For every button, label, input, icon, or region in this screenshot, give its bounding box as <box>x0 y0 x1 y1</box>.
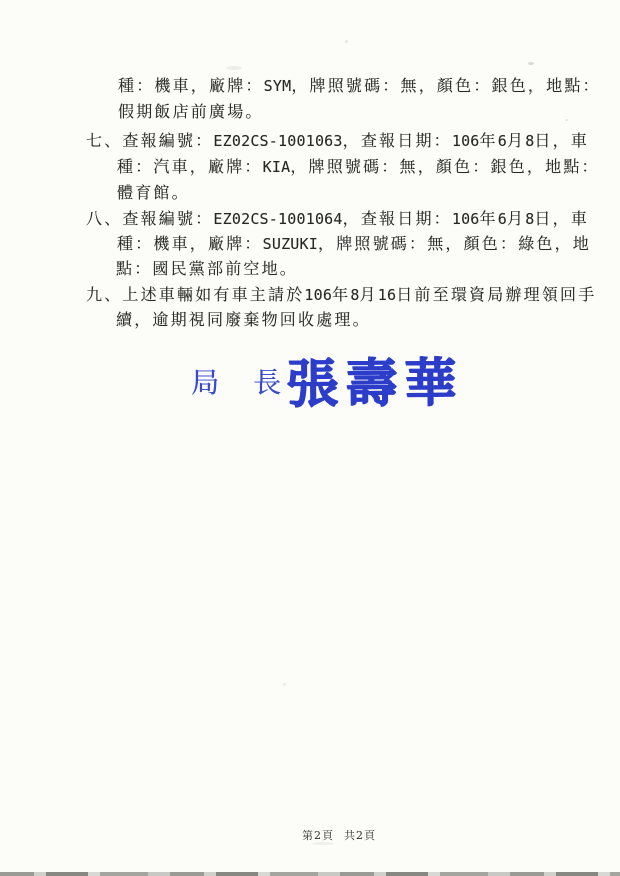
text-segment: 106 <box>452 210 480 228</box>
text-segment: 日，車 <box>534 209 589 228</box>
document-line-8: 點：國民黨部前空地。 <box>116 259 298 279</box>
document-line-9: 九、上述車輛如有車主請於106年8月16日前至環資局辦理領回手 <box>86 285 596 305</box>
text-segment: 點：國民黨部前空地。 <box>116 259 298 278</box>
scan-speck <box>528 62 534 65</box>
text-segment: EZ02CS-1001063 <box>213 132 342 150</box>
text-segment: 月 <box>507 209 525 228</box>
scan-speck <box>565 119 568 121</box>
text-segment: 假期飯店前廣場。 <box>118 102 264 121</box>
text-segment: 16 <box>378 286 396 304</box>
text-segment: 七、查報編號： <box>86 131 213 150</box>
text-segment: EZ02CS-1001064 <box>213 210 342 228</box>
text-segment: ，查報日期： <box>343 131 452 150</box>
scan-edge-artifact <box>0 872 620 876</box>
text-segment: 年 <box>332 285 350 304</box>
text-segment: 8 <box>350 286 359 304</box>
text-segment: ，牌照號碼：無，顏色：綠色，地 <box>318 234 591 253</box>
text-segment: KIA <box>263 158 291 176</box>
text-segment: ，牌照號碼：無，顏色：銀色，地點： <box>291 76 600 95</box>
document-line-6: 八、查報編號：EZ02CS-1001064，查報日期：106年6月8日，車 <box>86 209 589 229</box>
director-signature-name: 張壽華 <box>286 340 464 417</box>
text-segment: 年 <box>480 209 498 228</box>
text-segment: ，牌照號碼：無，顏色：銀色，地點： <box>290 157 599 176</box>
text-segment: 日前至環資局辦理領回手 <box>396 285 596 304</box>
document-line-3: 七、查報編號：EZ02CS-1001063，查報日期：106年6月8日，車 <box>86 131 589 151</box>
text-segment: 種：機車，廠牌： <box>117 234 263 253</box>
scanned-document-page: 種：機車，廠牌：SYM，牌照號碼：無，顏色：銀色，地點： 假期飯店前廣場。 七、… <box>0 0 620 876</box>
scan-speck <box>312 842 334 845</box>
text-segment: 續，逾期視同廢棄物回收處理。 <box>116 310 371 329</box>
document-line-1: 種：機車，廠牌：SYM，牌照號碼：無，顏色：銀色，地點： <box>118 76 601 96</box>
document-line-5: 體育館。 <box>117 183 190 203</box>
text-segment: 年 <box>480 131 498 150</box>
total-pages-label: 共2頁 <box>344 829 376 842</box>
document-line-10: 續，逾期視同廢棄物回收處理。 <box>116 310 371 330</box>
scan-speck <box>226 66 242 70</box>
text-segment: 九、上述車輛如有車主請於 <box>86 285 304 304</box>
text-segment: 體育館。 <box>117 183 190 202</box>
document-line-7: 種：機車，廠牌：SUZUKI，牌照號碼：無，顏色：綠色，地 <box>117 234 591 254</box>
text-segment: 日，車 <box>534 131 589 150</box>
text-segment: 種：機車，廠牌： <box>118 76 264 95</box>
text-segment: 6 <box>498 210 507 228</box>
text-segment: SUZUKI <box>263 235 318 253</box>
text-segment: 6 <box>498 132 507 150</box>
document-line-2: 假期飯店前廣場。 <box>118 102 264 122</box>
text-segment: 月 <box>360 285 378 304</box>
text-segment: SYM <box>264 77 292 95</box>
text-segment: 月 <box>507 131 525 150</box>
scan-speck <box>283 683 286 686</box>
text-segment: 種：汽車，廠牌： <box>117 157 263 176</box>
text-segment: 八、查報編號： <box>86 209 213 228</box>
page-footer: 第2頁共2頁 <box>284 814 376 856</box>
text-segment: 106 <box>304 286 332 304</box>
scan-speck <box>345 40 348 43</box>
document-line-4: 種：汽車，廠牌：KIA，牌照號碼：無，顏色：銀色，地點： <box>117 157 600 177</box>
page-number-label: 第2頁 <box>302 829 334 842</box>
text-segment: ，查報日期： <box>343 209 452 228</box>
text-segment: 106 <box>452 132 480 150</box>
